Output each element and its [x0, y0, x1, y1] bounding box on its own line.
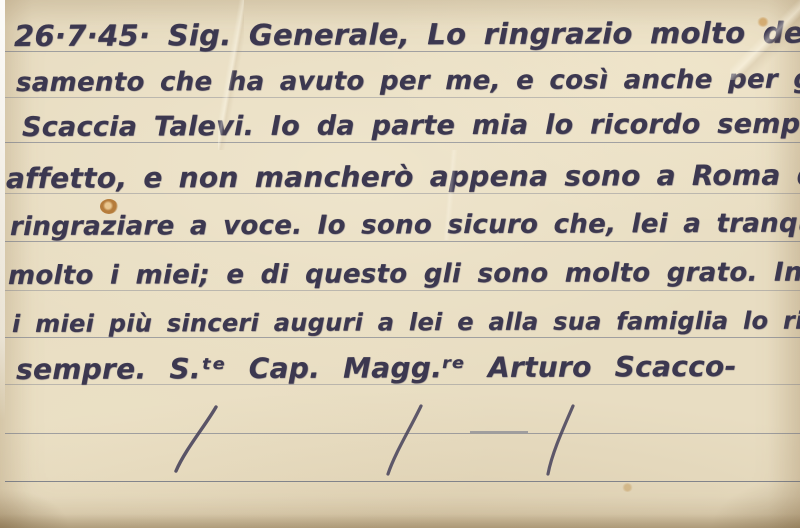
corner-shadow-bottom-right: [710, 478, 800, 528]
handwriting-line-8: sempre. S.ᵗᵉ Cap. Magg.ʳᵉ Arturo Scacco-: [16, 352, 737, 385]
pen-slash-3: [548, 406, 573, 474]
handwriting-line-6: molto i miei; e di questo gli sono molto…: [8, 259, 800, 290]
ruled-line-10: [5, 481, 800, 482]
pen-slash-2: [388, 406, 421, 474]
pen-slash-1: [176, 407, 216, 471]
handwriting-line-5: ringraziare a voce. Io sono sicuro che, …: [10, 210, 800, 241]
postcard-paper: 26·7·45· Sig. Generale, Lo ringrazio mol…: [0, 0, 800, 528]
handwriting-line-1: 26·7·45· Sig. Generale, Lo ringrazio mol…: [14, 17, 800, 52]
scan-edge-left: [0, 0, 5, 420]
handwriting-line-7: i miei più sinceri auguri a lei e alla s…: [12, 308, 800, 337]
handwriting-line-3: Scaccia Talevi. Io da parte mia lo ricor…: [22, 110, 800, 142]
small-stain-bottom: [622, 483, 633, 492]
scan-edge-bottom-shadow: [0, 514, 800, 528]
ruled-line-9: [5, 433, 800, 434]
handwriting-line-2: samento che ha avuto per me, e così anch…: [16, 66, 800, 98]
handwriting-line-4: affetto, e non mancherò appena sono a Ro…: [6, 160, 800, 194]
corner-shadow-bottom-left: [0, 488, 70, 528]
